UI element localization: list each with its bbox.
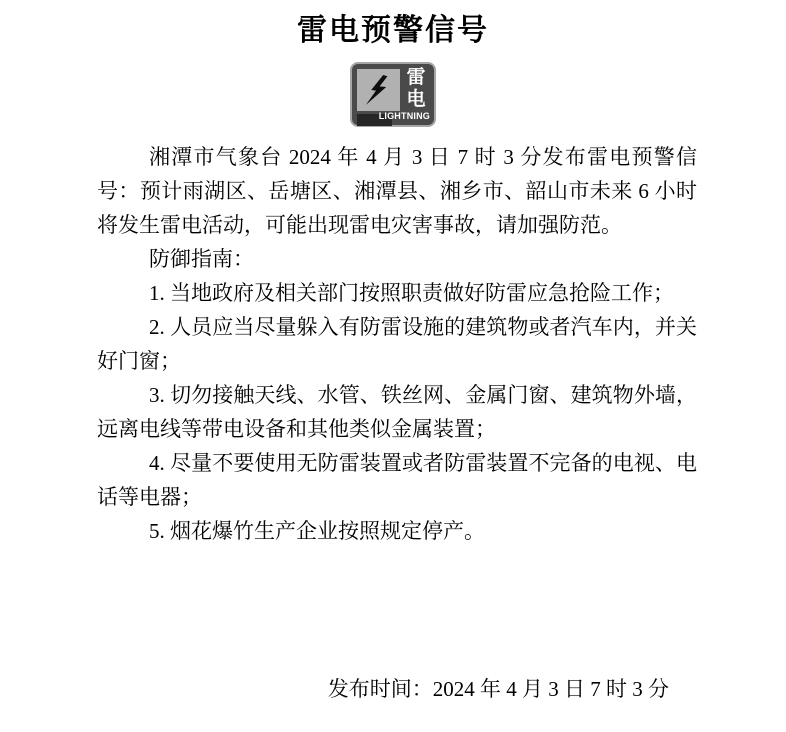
page-title: 雷电预警信号 — [0, 5, 786, 49]
paragraph-guide-item-2: 2. 人员应当尽量躲入有防雷设施的建筑物或者汽车内，并关好门窗； — [97, 310, 697, 378]
paragraph-announcement: 湘潭市气象台 2024 年 4 月 3 日 7 时 3 分发布雷电预警信号：预计… — [97, 140, 697, 242]
lightning-warning-sign: 雷 电 LIGHTNING — [350, 62, 436, 127]
sign-en-label: LIGHTNING — [379, 111, 430, 121]
lightning-bolt-box — [357, 69, 400, 111]
warning-icon-container: 雷 电 LIGHTNING — [350, 62, 436, 127]
sign-cn-label: 雷 电 — [403, 67, 429, 111]
paragraph-guide-item-4: 4. 尽量不要使用无防雷装置或者防雷装置不完备的电视、电话等电器； — [97, 446, 697, 514]
document-body: 湘潭市气象台 2024 年 4 月 3 日 7 时 3 分发布雷电预警信号：预计… — [97, 140, 697, 548]
lightning-bolt-icon — [364, 72, 394, 108]
paragraph-guide-heading: 防御指南： — [97, 242, 697, 276]
publish-time: 发布时间：2024 年 4 月 3 日 7 时 3 分 — [97, 672, 697, 706]
paragraph-guide-item-3: 3. 切勿接触天线、水管、铁丝网、金属门窗、建筑物外墙，远离电线等带电设备和其他… — [97, 378, 697, 446]
sign-cn-char-bottom: 电 — [403, 89, 429, 111]
lightning-bolt-shape — [365, 75, 387, 105]
paragraph-guide-item-5: 5. 烟花爆竹生产企业按照规定停产。 — [97, 514, 697, 548]
sign-cn-char-top: 雷 — [403, 67, 429, 89]
paragraph-guide-item-1: 1. 当地政府及相关部门按照职责做好防雷应急抢险工作； — [97, 276, 697, 310]
